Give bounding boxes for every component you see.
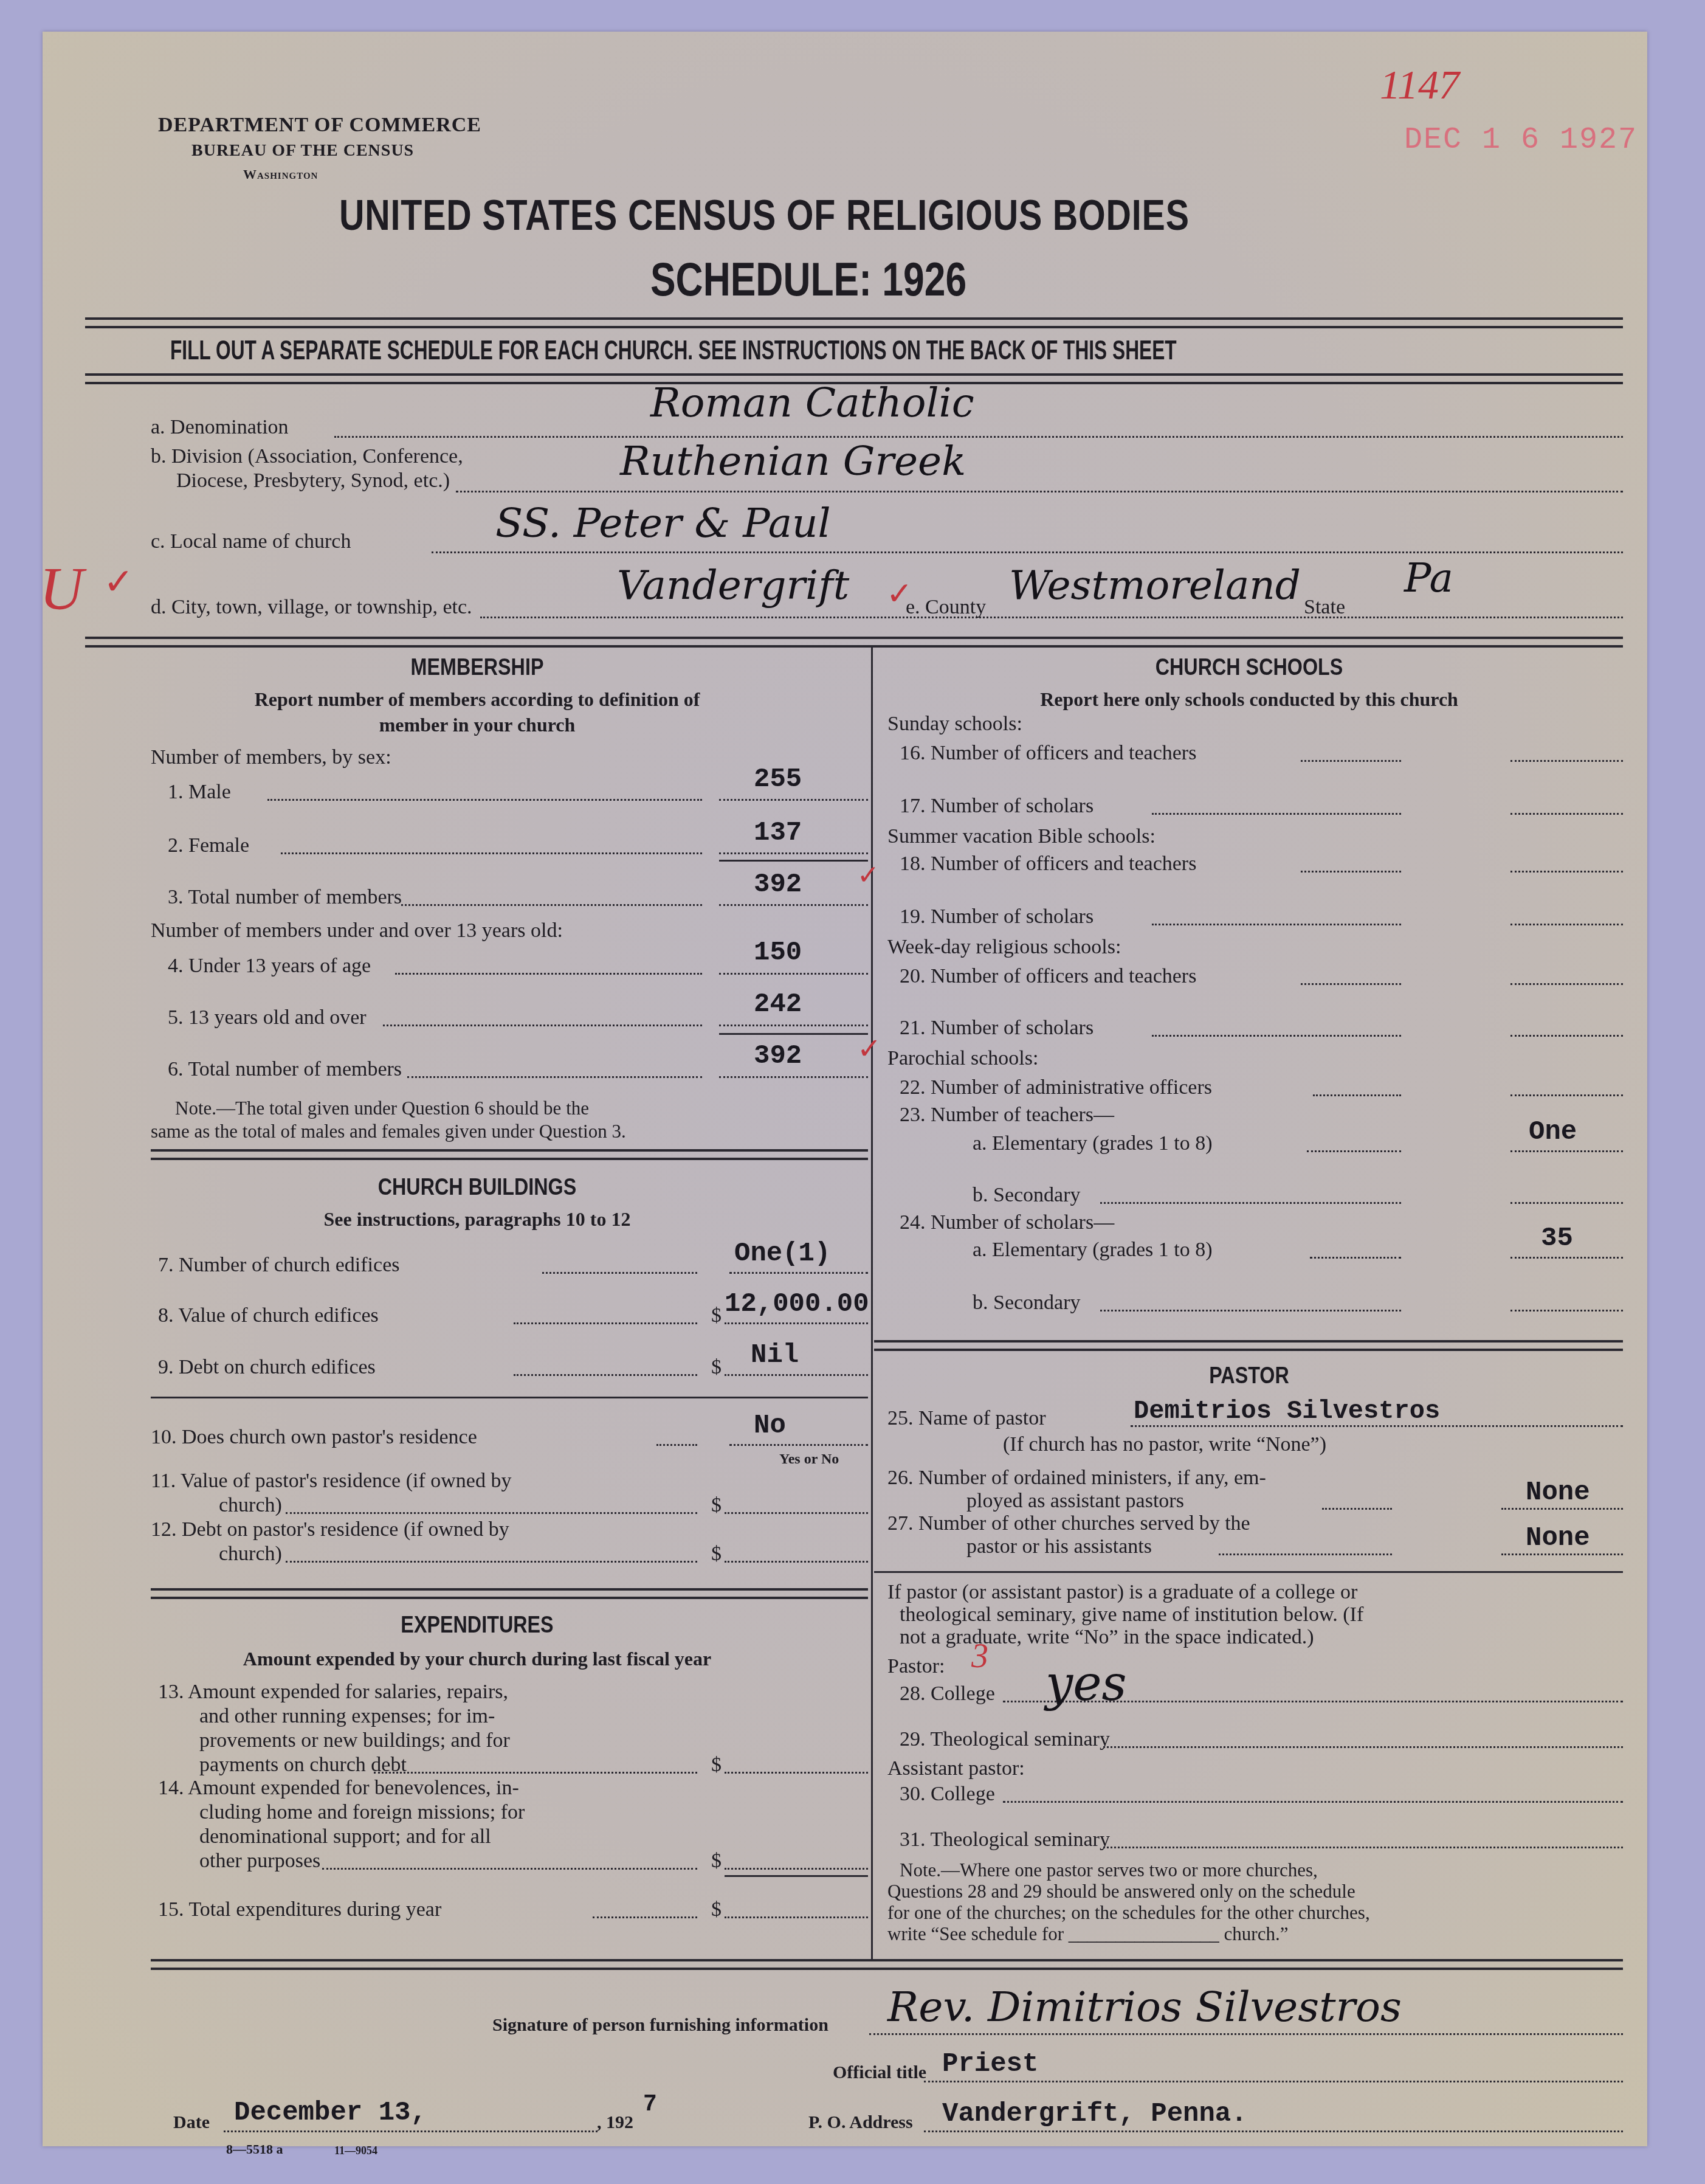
form-number: 8—5518 a xyxy=(226,2141,283,2157)
q26-leader xyxy=(1322,1508,1392,1510)
footer-divider xyxy=(151,1959,1623,1970)
bureau-heading: BUREAU OF THE CENSUS xyxy=(191,141,414,161)
residence-debt-label-2: church) xyxy=(219,1543,282,1566)
q24a-leader xyxy=(1310,1257,1401,1259)
total-by-age-field[interactable]: 392 xyxy=(754,1041,802,1071)
exp15-leader xyxy=(593,1916,697,1918)
total-sex-leader xyxy=(401,904,702,906)
county-field[interactable]: Westmoreland xyxy=(1009,562,1301,609)
buildings-bottom-divider xyxy=(151,1588,868,1599)
schools-subheading: Report here only schools conducted by th… xyxy=(875,688,1623,711)
q19-leader xyxy=(1152,924,1401,925)
edifices-value-line xyxy=(725,1322,868,1324)
q20-label: 20. Number of officers and teachers xyxy=(900,965,1196,988)
edifices-debt-leader xyxy=(514,1374,697,1376)
division-label-line2: Diocese, Presbytery, Synod, etc.) xyxy=(176,469,450,492)
edifices-value-dollar: $ xyxy=(711,1304,722,1327)
city-field[interactable]: Vandergrift xyxy=(617,562,849,609)
edifices-count-leader xyxy=(542,1272,697,1274)
membership-heading: MEMBERSHIP xyxy=(144,655,811,681)
over-13-leader xyxy=(383,1025,702,1026)
exp13-dollar: $ xyxy=(711,1754,722,1777)
pastor-note-2: Questions 28 and 29 should be answered o… xyxy=(887,1880,1355,1903)
exp14-line3: denominational support; and for all xyxy=(199,1825,491,1848)
date-field[interactable]: December 13, xyxy=(234,2098,427,2128)
signature-field[interactable]: Rev. Dimitrios Silvestros xyxy=(887,1983,1402,2031)
assistant-ministers-field[interactable]: None xyxy=(1526,1477,1590,1508)
division-line xyxy=(456,491,1623,492)
pastor-divider xyxy=(874,1571,1623,1573)
male-leader xyxy=(267,799,702,801)
female-line xyxy=(719,852,868,854)
identity-divider xyxy=(85,637,1623,648)
edifices-count-line xyxy=(729,1272,868,1274)
q16-label: 16. Number of officers and teachers xyxy=(900,742,1196,765)
official-title-line xyxy=(924,2081,1623,2082)
q21-label: 21. Number of scholars xyxy=(900,1017,1094,1040)
total-by-sex-field[interactable]: 392 xyxy=(754,869,802,900)
q19-field[interactable] xyxy=(1510,924,1623,925)
residence-debt-dollar: $ xyxy=(711,1543,722,1566)
header-divider xyxy=(85,317,1623,328)
q24-label: 24. Number of scholars— xyxy=(900,1211,1114,1234)
membership-subheading-2: member in your church xyxy=(85,714,869,736)
q24a-label: a. Elementary (grades 1 to 8) xyxy=(973,1239,1213,1262)
pastor-seminary-field[interactable] xyxy=(1103,1746,1623,1748)
local-name-line xyxy=(432,551,1623,553)
local-name-field[interactable]: SS. Peter & Paul xyxy=(495,500,831,547)
q23a-label: a. Elementary (grades 1 to 8) xyxy=(973,1132,1213,1155)
denomination-field[interactable]: Roman Catholic xyxy=(650,379,974,426)
q18-leader xyxy=(1301,871,1401,873)
q29-label: 29. Theological seminary xyxy=(900,1728,1110,1751)
q23a-field[interactable]: One xyxy=(1529,1117,1577,1147)
total-check-icon: ✓ xyxy=(857,860,880,891)
denomination-line xyxy=(334,436,1623,438)
under-13-leader xyxy=(395,973,702,975)
q24a-field[interactable]: 35 xyxy=(1541,1223,1573,1254)
by-age-label: Number of members under and over 13 year… xyxy=(151,919,563,942)
total-age-line xyxy=(719,1076,868,1078)
membership-note-line1: Note.—The total given under Question 6 s… xyxy=(151,1097,868,1120)
q31-label: 31. Theological seminary xyxy=(900,1828,1110,1851)
exp15-field[interactable] xyxy=(725,1916,868,1918)
residence-value-dollar: $ xyxy=(711,1494,722,1517)
residence-debt-field[interactable] xyxy=(725,1561,868,1563)
year-field[interactable]: 7 xyxy=(643,2092,657,2118)
fill-out-instruction: FILL OUT A SEPARATE SCHEDULE FOR EACH CH… xyxy=(170,336,1177,366)
q27-line1: 27. Number of other churches served by t… xyxy=(887,1512,1250,1535)
pastor-note-3: for one of the churches; on the schedule… xyxy=(887,1901,1370,1924)
q17-field[interactable] xyxy=(1510,813,1623,815)
graduate-note-1: If pastor (or assistant pastor) is a gra… xyxy=(887,1581,1357,1604)
sunday-schools-label: Sunday schools: xyxy=(887,713,1022,736)
q21-field[interactable] xyxy=(1510,1035,1623,1037)
q22-field[interactable] xyxy=(1510,1094,1623,1096)
exp14-line2: cluding home and foreign missions; for xyxy=(199,1801,525,1824)
exp-sum-rule xyxy=(725,1875,868,1877)
graduate-note-3: not a graduate, write “No” in the space … xyxy=(900,1626,1314,1649)
q23a-line xyxy=(1510,1150,1623,1152)
pastor-red-mark: 3 xyxy=(971,1637,988,1676)
residence-debt-label-1: 12. Debt on pastor's residence (if owned… xyxy=(151,1518,509,1541)
schools-heading: CHURCH SCHOOLS xyxy=(931,655,1567,681)
owns-residence-leader xyxy=(656,1444,697,1446)
edifices-debt-line xyxy=(725,1374,868,1376)
summer-schools-label: Summer vacation Bible schools: xyxy=(887,825,1156,848)
male-label: 1. Male xyxy=(168,781,231,804)
margin-check-icon: ✓ xyxy=(103,561,134,603)
female-count-field[interactable]: 137 xyxy=(754,818,802,848)
expenditures-subheading: Amount expended by your church during la… xyxy=(85,1648,869,1670)
male-count-field[interactable]: 255 xyxy=(754,764,802,795)
owns-residence-line xyxy=(729,1444,868,1446)
exp13-field[interactable] xyxy=(725,1772,868,1774)
census-schedule-sheet: DEPARTMENT OF COMMERCE BUREAU OF THE CEN… xyxy=(43,32,1647,2146)
received-date-stamp: DEC 1 6 1927 xyxy=(1404,123,1638,157)
q20-leader xyxy=(1301,983,1401,985)
membership-subheading-1: Report number of members according to de… xyxy=(85,688,869,711)
city-heading: Washington xyxy=(243,167,318,182)
city-label: d. City, town, village, or township, etc… xyxy=(151,596,472,619)
male-line xyxy=(719,799,868,801)
membership-divider xyxy=(151,1149,868,1160)
q24a-line xyxy=(1510,1257,1623,1259)
female-sum-rule xyxy=(719,860,868,862)
yes-or-no-caption: Yes or No xyxy=(779,1451,839,1468)
assistant-seminary-field[interactable] xyxy=(1103,1847,1623,1848)
state-label: State xyxy=(1304,596,1345,619)
q23-label: 23. Number of teachers— xyxy=(900,1104,1114,1127)
owns-residence-label: 10. Does church own pastor's residence xyxy=(151,1426,477,1449)
exp14-dollar: $ xyxy=(711,1850,722,1873)
residence-debt-leader xyxy=(286,1561,697,1563)
q16-field[interactable] xyxy=(1510,760,1623,762)
pastor-note-4: write “See schedule for ________________… xyxy=(887,1923,1288,1946)
graduate-note-2: theological seminary, give name of insti… xyxy=(900,1603,1363,1626)
pastor-heading: PASTOR xyxy=(931,1363,1567,1389)
q25-note: (If church has no pastor, write “None”) xyxy=(1003,1433,1326,1456)
q27-line xyxy=(1501,1553,1623,1555)
residence-value-field[interactable] xyxy=(725,1512,868,1514)
exp15-label: 15. Total expenditures during year xyxy=(158,1898,441,1921)
assistant-pastor-label: Assistant pastor: xyxy=(887,1757,1025,1780)
membership-note-line2: same as the total of males and females g… xyxy=(151,1120,868,1143)
q18-field[interactable] xyxy=(1510,871,1623,873)
exp14-line4: other purposes xyxy=(199,1850,320,1873)
exp14-leader xyxy=(322,1868,697,1870)
q23b-label: b. Secondary xyxy=(973,1184,1081,1207)
pastor-name-field[interactable]: Demitrios Silvestros xyxy=(1134,1397,1440,1426)
edifices-value-field[interactable]: 12,000.00 xyxy=(725,1289,869,1319)
q22-leader xyxy=(1313,1094,1401,1096)
year-prefix: , 192 xyxy=(597,2112,633,2133)
q26-line2: ployed as assistant pastors xyxy=(966,1490,1184,1513)
exp13-line2: and other running expenses; for im- xyxy=(199,1705,495,1728)
q27-leader xyxy=(1219,1553,1392,1555)
q19-label: 19. Number of scholars xyxy=(900,905,1094,928)
q21-leader xyxy=(1152,1035,1401,1037)
division-label-line1: b. Division (Association, Conference, xyxy=(151,445,463,468)
schedule-title: SCHEDULE: 1926 xyxy=(650,252,966,307)
q18-label: 18. Number of officers and teachers xyxy=(900,852,1196,876)
owns-residence-field[interactable]: No xyxy=(754,1411,786,1441)
q24b-leader xyxy=(1100,1310,1401,1311)
signature-label: Signature of person furnishing informati… xyxy=(492,2015,828,2036)
pastor-college-field[interactable]: yes xyxy=(1045,1655,1127,1712)
pastor-note-1: Note.—Where one pastor serves two or mor… xyxy=(900,1859,1318,1882)
other-churches-field[interactable]: None xyxy=(1526,1523,1590,1553)
state-field[interactable]: Pa xyxy=(1404,555,1453,601)
buildings-divider xyxy=(151,1397,868,1398)
department-heading: DEPARTMENT OF COMMERCE xyxy=(158,114,481,137)
denomination-label: a. Denomination xyxy=(151,416,289,439)
q26-line xyxy=(1501,1508,1623,1510)
margin-mark: U xyxy=(40,553,83,623)
buildings-subheading: See instructions, paragraphs 10 to 12 xyxy=(85,1208,869,1231)
female-leader xyxy=(281,852,702,854)
city-line xyxy=(480,617,1623,618)
total-sex-label: 3. Total number of members xyxy=(168,886,402,909)
exp15-dollar: $ xyxy=(711,1898,722,1921)
parochial-schools-label: Parochial schools: xyxy=(887,1047,1038,1070)
q27-line2: pastor or his assistants xyxy=(966,1535,1152,1558)
official-title-field[interactable]: Priest xyxy=(942,2049,1038,2079)
q24b-label: b. Secondary xyxy=(973,1291,1081,1315)
by-sex-label: Number of members, by sex: xyxy=(151,746,391,769)
q22-label: 22. Number of administrative officers xyxy=(900,1076,1212,1099)
residence-value-leader xyxy=(286,1512,697,1514)
buildings-heading: CHURCH BUILDINGS xyxy=(144,1175,811,1201)
form-title: UNITED STATES CENSUS OF RELIGIOUS BODIES xyxy=(339,191,1190,240)
edifices-debt-field[interactable]: Nil xyxy=(751,1340,799,1370)
edifices-count-field[interactable]: One(1) xyxy=(734,1239,830,1269)
exp14-line1: 14. Amount expended for benevolences, in… xyxy=(158,1777,519,1800)
exp13-line1: 13. Amount expended for salaries, repair… xyxy=(158,1681,508,1704)
po-address-field[interactable]: Vandergrift, Penna. xyxy=(942,2099,1247,2129)
q26-line1: 26. Number of ordained ministers, if any… xyxy=(887,1467,1266,1490)
q17-leader xyxy=(1152,813,1401,815)
over-13-line xyxy=(719,1025,868,1026)
q23b-leader xyxy=(1100,1202,1401,1204)
edifices-value-label: 8. Value of church edifices xyxy=(158,1304,379,1327)
county-label: e. County xyxy=(906,596,986,619)
assistant-college-field[interactable] xyxy=(1003,1801,1623,1803)
over-13-label: 5. 13 years old and over xyxy=(168,1006,367,1029)
column-divider xyxy=(871,647,873,1960)
q30-label: 30. College xyxy=(900,1783,995,1806)
residence-value-label-1: 11. Value of pastor's residence (if owne… xyxy=(151,1470,511,1493)
q28-label: 28. College xyxy=(900,1682,995,1705)
signature-line xyxy=(869,2033,1623,2035)
exp14-field[interactable] xyxy=(725,1868,868,1870)
file-number-mark: 1147 xyxy=(1380,61,1459,109)
under-13-line xyxy=(719,973,868,975)
q23b-field[interactable] xyxy=(1510,1202,1623,1204)
po-address-label: P. O. Address xyxy=(808,2112,913,2133)
q25-label: 25. Name of pastor xyxy=(887,1407,1046,1430)
q23a-leader xyxy=(1307,1150,1401,1152)
expenditures-heading: EXPENDITURES xyxy=(144,1612,811,1639)
schools-divider xyxy=(874,1340,1623,1351)
exp13-line3: provements or new buildings; and for xyxy=(199,1729,510,1752)
official-title-label: Official title xyxy=(833,2062,926,2083)
over-13-sum-rule xyxy=(719,1033,868,1035)
total-age-leader xyxy=(407,1076,702,1078)
date-line xyxy=(224,2130,598,2132)
edifices-debt-dollar: $ xyxy=(711,1356,722,1379)
q17-label: 17. Number of scholars xyxy=(900,795,1094,818)
total-age-check-icon: ✓ xyxy=(857,1032,881,1066)
q20-field[interactable] xyxy=(1510,983,1623,985)
over-13-field[interactable]: 242 xyxy=(754,989,802,1020)
q16-leader xyxy=(1301,760,1401,762)
exp13-leader xyxy=(374,1772,697,1774)
division-field[interactable]: Ruthenian Greek xyxy=(620,438,966,485)
local-name-label: c. Local name of church xyxy=(151,530,351,553)
date-label: Date xyxy=(173,2112,210,2133)
po-address-line xyxy=(924,2130,1623,2132)
under-13-field[interactable]: 150 xyxy=(754,938,802,968)
female-label: 2. Female xyxy=(168,834,249,857)
pastor-subsection-label: Pastor: xyxy=(887,1655,945,1678)
edifices-debt-label: 9. Debt on church edifices xyxy=(158,1356,376,1379)
print-number: 11—9054 xyxy=(334,2144,377,2157)
q24b-field[interactable] xyxy=(1510,1310,1623,1311)
residence-value-label-2: church) xyxy=(219,1494,282,1517)
edifices-count-label: 7. Number of church edifices xyxy=(158,1254,399,1277)
total-age-label: 6. Total number of members xyxy=(168,1058,402,1081)
under-13-label: 4. Under 13 years of age xyxy=(168,955,371,978)
edifices-value-leader xyxy=(514,1322,697,1324)
weekday-schools-label: Week-day religious schools: xyxy=(887,936,1121,959)
total-sex-line xyxy=(719,904,868,906)
